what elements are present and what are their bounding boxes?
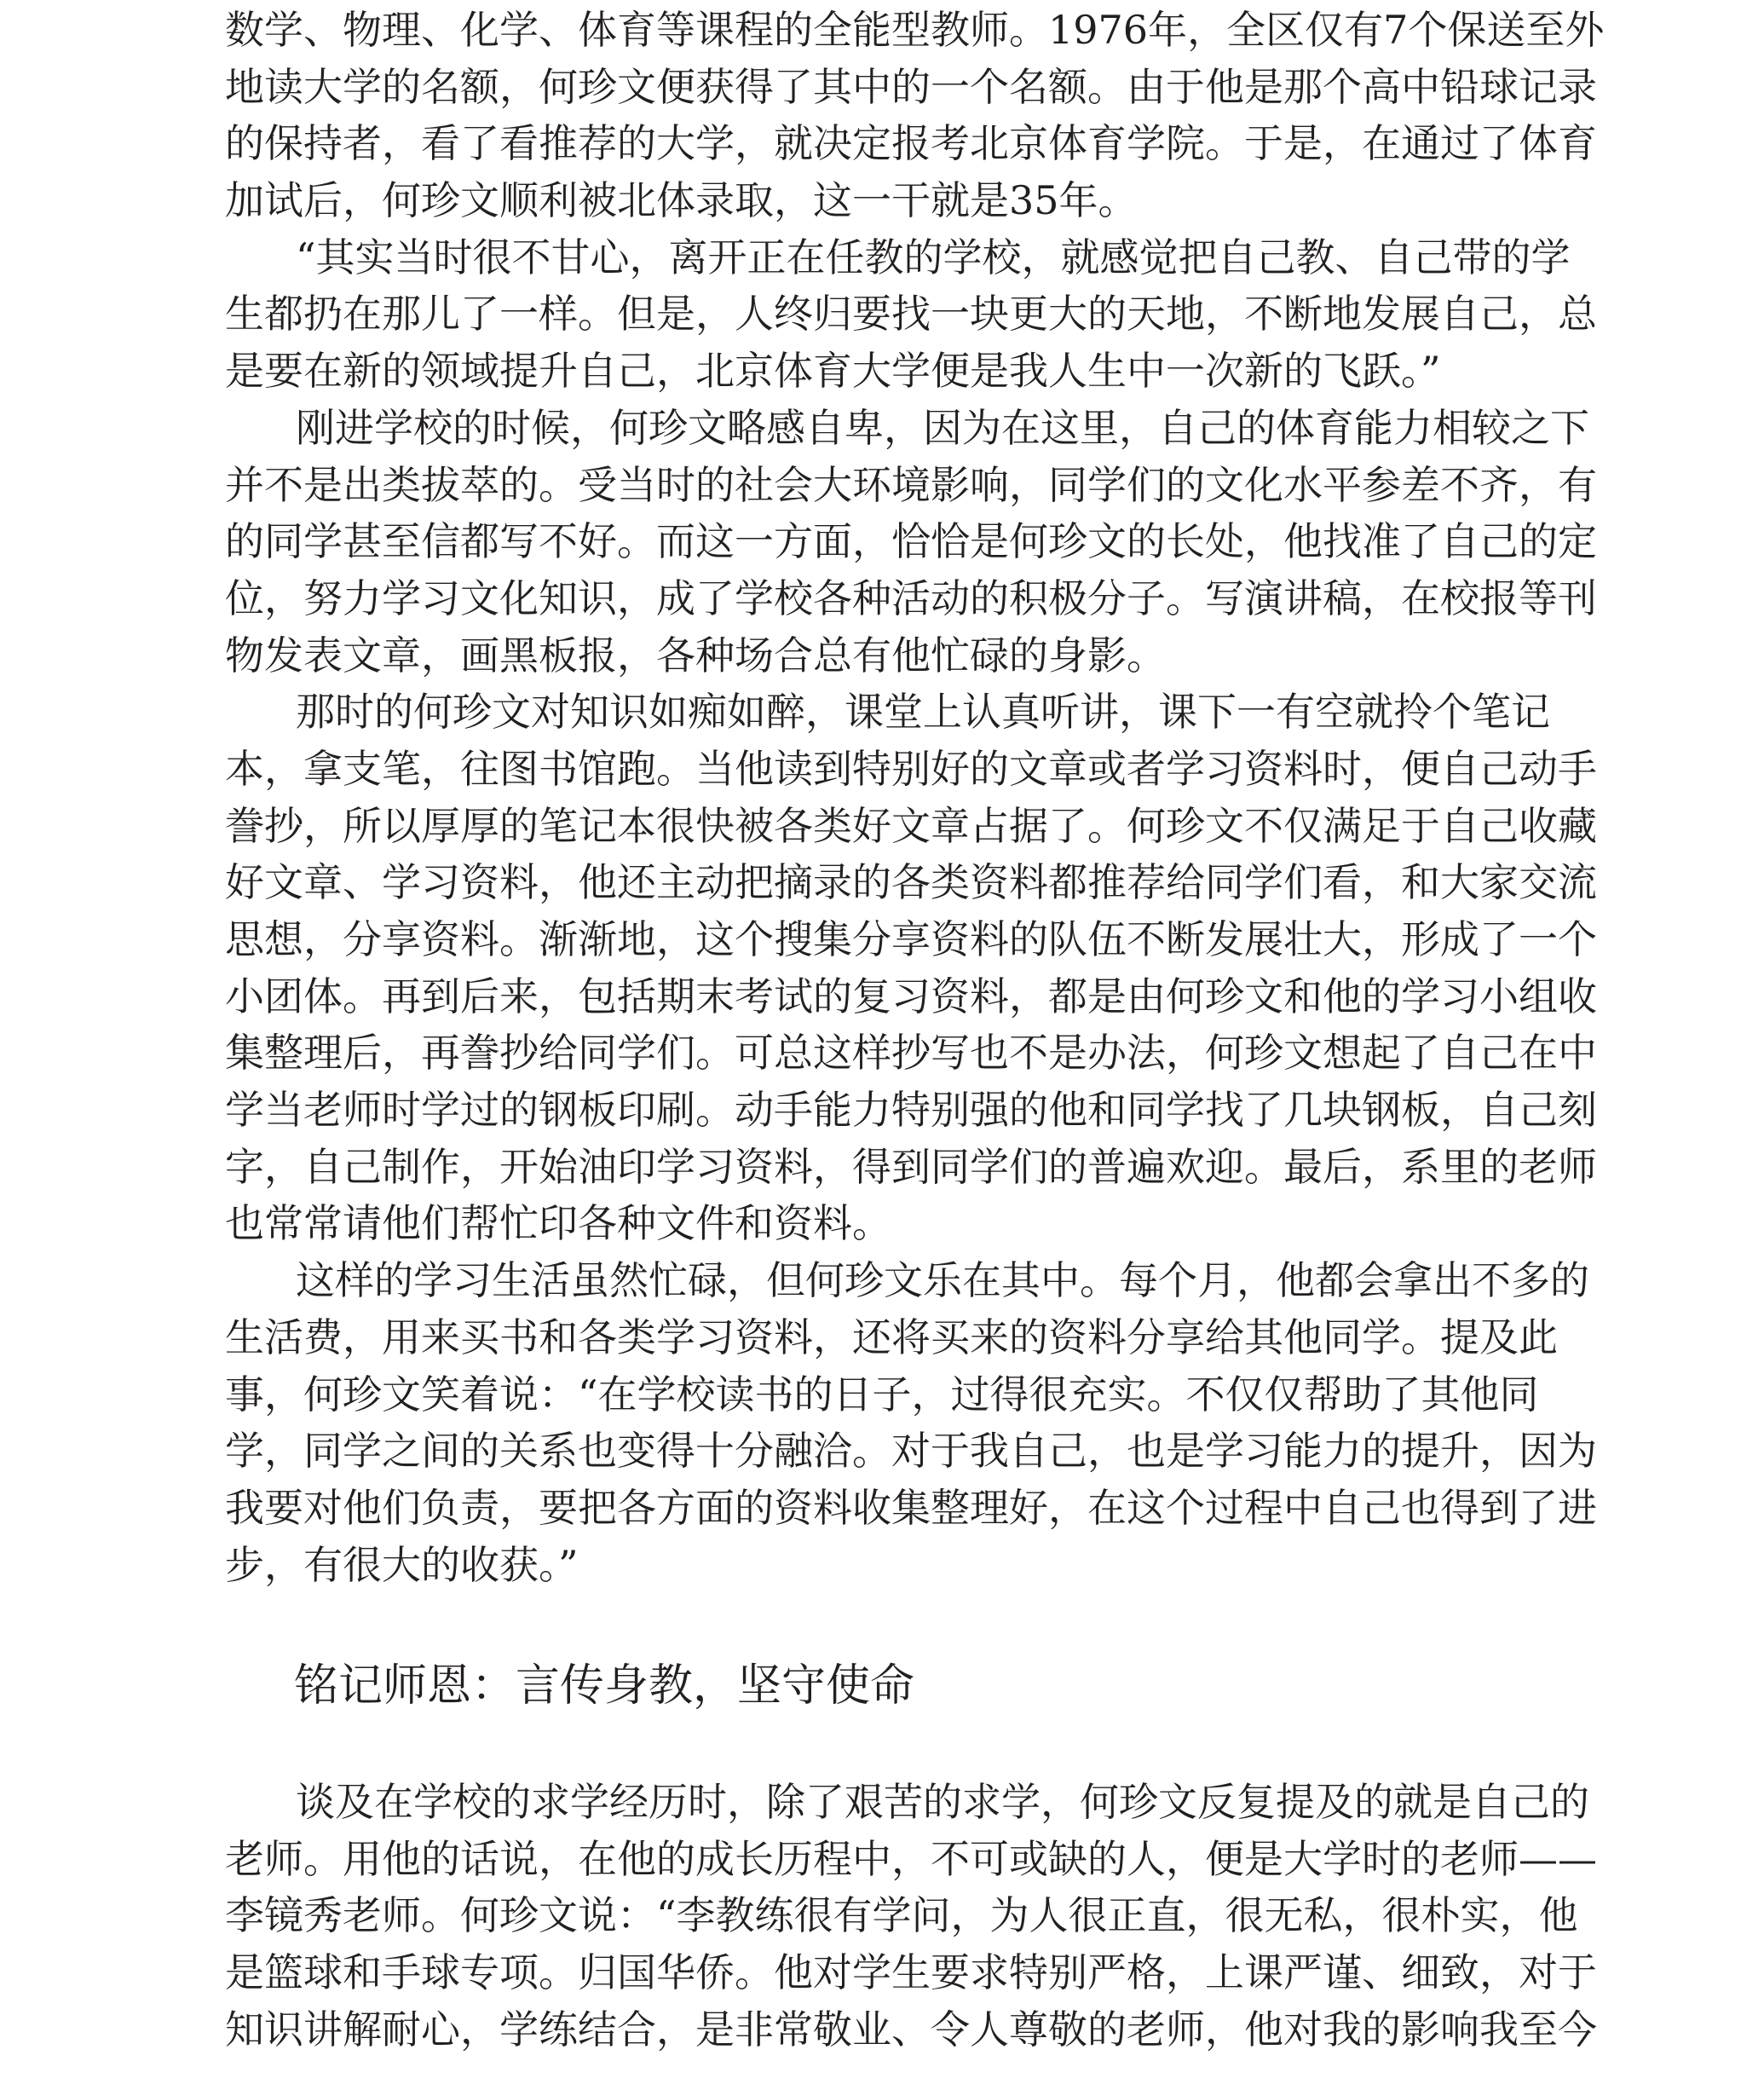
text-line: 步，有很大的收获。” — [225, 1537, 1532, 1594]
text-line: 那时的何珍文对知识如痴如醉，课堂上认真听讲，课下一有空就拎个笔记 — [225, 684, 1532, 741]
text-line: 并不是出类拔萃的。受当时的社会大环境影响，同学们的文化水平参差不齐，有 — [225, 457, 1532, 514]
text-line: 生活费，用来买书和各类学习资料，还将买来的资料分享给其他同学。提及此 — [225, 1309, 1532, 1366]
section-1-body: 数学、物理、化学、体育等课程的全能型教师。1976年，全区仅有7个保送至外 地读… — [225, 2, 1532, 1593]
text-line: 李镜秀老师。何珍文说：“李教练很有学问，为人很正直，很无私，很朴实，他 — [225, 1887, 1532, 1944]
text-line: 学当老师时学过的钢板印刷。动手能力特别强的他和同学找了几块钢板，自己刻 — [225, 1082, 1532, 1139]
text-line: 是篮球和手球专项。归国华侨。他对学生要求特别严格，上课严谨、细致，对于 — [225, 1944, 1532, 2001]
text-line: “其实当时很不甘心，离开正在任教的学校，就感觉把自己教、自己带的学 — [225, 229, 1532, 286]
paragraph: “其实当时很不甘心，离开正在任教的学校，就感觉把自己教、自己带的学 生都扔在那儿… — [225, 229, 1532, 400]
text-line: 的同学甚至信都写不好。而这一方面，恰恰是何珍文的长处，他找准了自己的定 — [225, 513, 1532, 570]
section-heading: 铭记师恩：言传身教，坚守使命 — [294, 1658, 914, 1714]
text-line: 物发表文章，画黑板报，各种场合总有他忙碌的身影。 — [225, 627, 1532, 684]
paragraph: 数学、物理、化学、体育等课程的全能型教师。1976年，全区仅有7个保送至外 地读… — [225, 2, 1532, 229]
paragraph: 这样的学习生活虽然忙碌，但何珍文乐在其中。每个月，他都会拿出不多的 生活费，用来… — [225, 1252, 1532, 1593]
text-line: 好文章、学习资料，他还主动把摘录的各类资料都推荐给同学们看，和大家交流 — [225, 854, 1532, 911]
text-line: 思想，分享资料。渐渐地，这个搜集分享资料的队伍不断发展壮大，形成了一个 — [225, 911, 1532, 968]
text-line: 也常常请他们帮忙印各种文件和资料。 — [225, 1195, 1532, 1252]
text-line: 事，何珍文笑着说：“在学校读书的日子，过得很充实。不仅仅帮助了其他同 — [225, 1366, 1532, 1423]
text-line: 是要在新的领域提升自己，北京体育大学便是我人生中一次新的飞跃。” — [225, 343, 1532, 400]
paragraph: 那时的何珍文对知识如痴如醉，课堂上认真听讲，课下一有空就拎个笔记 本，拿支笔，往… — [225, 684, 1532, 1252]
text-line: 本，拿支笔，往图书馆跑。当他读到特别好的文章或者学习资料时，便自己动手 — [225, 741, 1532, 798]
text-line: 我要对他们负责，要把各方面的资料收集整理好，在这个过程中自己也得到了进 — [225, 1480, 1532, 1537]
text-line: 生都扔在那儿了一样。但是，人终归要找一块更大的天地，不断地发展自己，总 — [225, 286, 1532, 343]
text-line: 地读大学的名额，何珍文便获得了其中的一个名额。由于他是那个高中铅球记录 — [225, 59, 1532, 116]
paragraph: 谈及在学校的求学经历时，除了艰苦的求学，何珍文反复提及的就是自己的 老师。用他的… — [225, 1774, 1532, 2058]
text-line: 位，努力学习文化知识，成了学校各种活动的积极分子。写演讲稿，在校报等刊 — [225, 570, 1532, 627]
paragraph: 刚进学校的时候，何珍文略感自卑，因为在这里，自己的体育能力相较之下 并不是出类拔… — [225, 400, 1532, 684]
text-line: 集整理后，再誊抄给同学们。可总这样抄写也不是办法，何珍文想起了自己在中 — [225, 1025, 1532, 1082]
text-line: 字，自己制作，开始油印学习资料，得到同学们的普遍欢迎。最后，系里的老师 — [225, 1139, 1532, 1196]
text-line: 数学、物理、化学、体育等课程的全能型教师。1976年，全区仅有7个保送至外 — [225, 2, 1532, 59]
text-line: 这样的学习生活虽然忙碌，但何珍文乐在其中。每个月，他都会拿出不多的 — [225, 1252, 1532, 1309]
text-line: 谈及在学校的求学经历时，除了艰苦的求学，何珍文反复提及的就是自己的 — [225, 1774, 1532, 1831]
text-line: 誊抄，所以厚厚的笔记本很快被各类好文章占据了。何珍文不仅满足于自己收藏 — [225, 798, 1532, 855]
text-line: 小团体。再到后来，包括期末考试的复习资料，都是由何珍文和他的学习小组收 — [225, 968, 1532, 1025]
text-line: 加试后，何珍文顺利被北体录取，这一干就是35年。 — [225, 172, 1532, 229]
text-line: 老师。用他的话说，在他的成长历程中，不可或缺的人，便是大学时的老师—— — [225, 1831, 1532, 1888]
section-2-body: 谈及在学校的求学经历时，除了艰苦的求学，何珍文反复提及的就是自己的 老师。用他的… — [225, 1774, 1532, 2058]
text-line: 刚进学校的时候，何珍文略感自卑，因为在这里，自己的体育能力相较之下 — [225, 400, 1532, 457]
text-line: 学，同学之间的关系也变得十分融洽。对于我自己，也是学习能力的提升，因为 — [225, 1423, 1532, 1480]
text-line: 知识讲解耐心，学练结合，是非常敬业、令人尊敬的老师，他对我的影响我至今 — [225, 2001, 1532, 2058]
text-line: 的保持者，看了看推荐的大学，就决定报考北京体育学院。于是，在通过了体育 — [225, 115, 1532, 172]
